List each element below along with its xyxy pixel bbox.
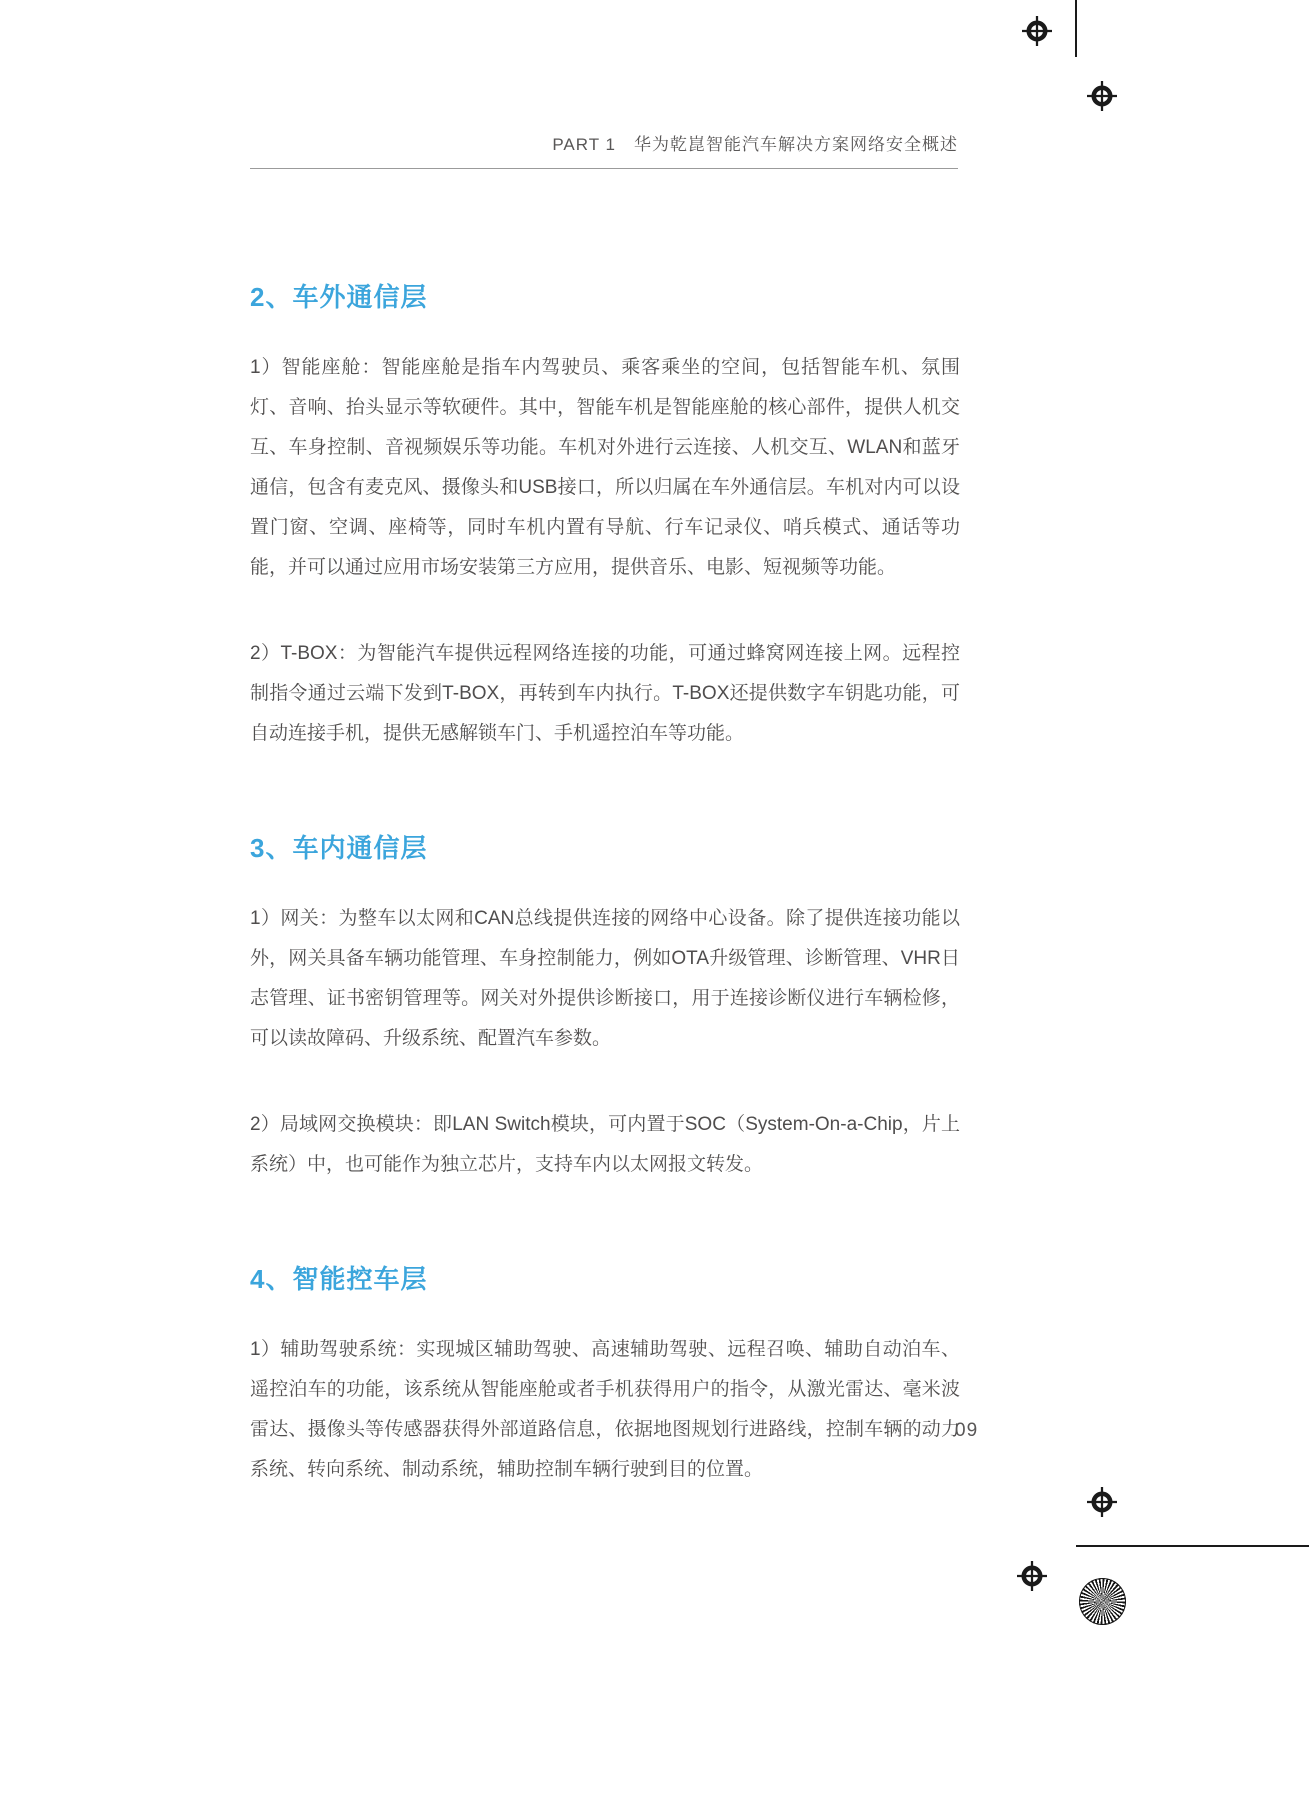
body-paragraph: 2）T-BOX：为智能汽车提供远程网络连接的功能，可通过蜂窝网连接上网。远程控制…	[250, 634, 960, 754]
content-section: 4、智能控车层1）辅助驾驶系统：实现城区辅助驾驶、高速辅助驾驶、远程召唤、辅助自…	[250, 1262, 960, 1490]
document-body: 2、车外通信层1）智能座舱：智能座舱是指车内驾驶员、乘客乘坐的空间，包括智能车机…	[250, 168, 960, 1536]
registration-mark-icon	[1087, 81, 1117, 111]
registration-mark-icon	[1022, 16, 1052, 46]
body-paragraph: 1）网关：为整车以太网和CAN总线提供连接的网络中心设备。除了提供连接功能以外，…	[250, 899, 960, 1059]
vertical-trim-line	[1075, 0, 1077, 57]
body-paragraph: 2）局域网交换模块：即LAN Switch模块，可内置于SOC（System-O…	[250, 1105, 960, 1185]
body-paragraph: 1）智能座舱：智能座舱是指车内驾驶员、乘客乘坐的空间，包括智能车机、氛围灯、音响…	[250, 348, 960, 588]
page-header: PART 1华为乾崑智能汽车解决方案网络安全概述	[250, 130, 958, 155]
header-title: 华为乾崑智能汽车解决方案网络安全概述	[634, 135, 958, 154]
content-section: 3、车内通信层1）网关：为整车以太网和CAN总线提供连接的网络中心设备。除了提供…	[250, 831, 960, 1185]
star-target-icon	[1079, 1578, 1126, 1625]
header-part-label: PART 1	[552, 135, 616, 154]
body-paragraph: 1）辅助驾驶系统：实现城区辅助驾驶、高速辅助驾驶、远程召唤、辅助自动泊车、遥控泊…	[250, 1330, 960, 1490]
section-heading: 4、智能控车层	[250, 1262, 960, 1296]
document-page: PART 1华为乾崑智能汽车解决方案网络安全概述 2、车外通信层1）智能座舱：智…	[0, 0, 1309, 1819]
page-number: 09	[955, 1420, 978, 1442]
horizontal-trim-line	[1076, 1545, 1309, 1547]
registration-mark-icon	[1017, 1561, 1047, 1591]
section-heading: 3、车内通信层	[250, 831, 960, 865]
registration-mark-icon	[1087, 1487, 1117, 1517]
section-heading: 2、车外通信层	[250, 280, 960, 314]
content-section: 2、车外通信层1）智能座舱：智能座舱是指车内驾驶员、乘客乘坐的空间，包括智能车机…	[250, 280, 960, 754]
